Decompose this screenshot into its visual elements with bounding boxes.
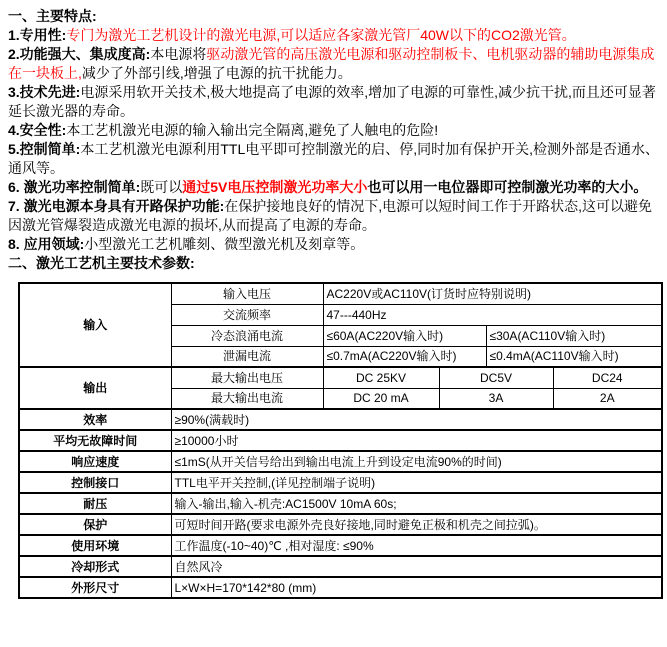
feature-7-label: 7. 激光电源本身具有开路保护功能: xyxy=(8,198,224,214)
param-header-cell: 效率 xyxy=(19,409,171,430)
param-cell: 交流频率 xyxy=(171,304,323,325)
feature-item-6: 6. 激光功率控制简单:既可以通过5V电压控制激光功率大小也可以用一电位器即可控… xyxy=(8,178,661,197)
value-cell: ≤30A(AC110V输入时) xyxy=(486,325,662,346)
table-row-dimensions: 外形尺寸 L×W×H=170*142*80 (mm) xyxy=(19,577,662,598)
feature-5-text: 本工艺机激光电源利用TTL电平即可控制激光的启、停,同时加有保护开关,检测外部是… xyxy=(8,141,659,176)
value-cell: ≤60A(AC220V输入时) xyxy=(323,325,486,346)
feature-4-label: 4.安全性: xyxy=(8,122,66,138)
param-cell: 最大输出电流 xyxy=(171,388,323,409)
table-row-operating-environment: 使用环境 工作温度(-10~40)℃ ,相对湿度: ≤90% xyxy=(19,535,662,556)
param-header-cell: 平均无故障时间 xyxy=(19,430,171,451)
value-cell: 工作温度(-10~40)℃ ,相对湿度: ≤90% xyxy=(171,535,662,556)
feature-4-text: 本工艺机激光电源的输入输出完全隔离,避免了人触电的危险! xyxy=(66,122,438,138)
param-header-cell: 外形尺寸 xyxy=(19,577,171,598)
value-cell: DC24 xyxy=(553,367,662,388)
value-cell: DC 20 mA xyxy=(323,388,439,409)
feature-3-label: 3.技术先进: xyxy=(8,84,80,100)
table-row-protection: 保护 可短时间开路(要求电源外壳良好接地,同时避免正极和机壳之间拉弧)。 xyxy=(19,514,662,535)
table-row-response-speed: 响应速度 ≤1mS(从开关信号给出到输出电流上升到设定电流90%的时间) xyxy=(19,451,662,472)
feature-item-2: 2.功能强大、集成度高:本电源将驱动激光管的高压激光电源和驱动控制板卡、电机驱动… xyxy=(8,45,661,83)
feature-3-text: 电源采用软开关技术,极大地提高了电源的效率,增加了电源的可靠性,减少抗干扰,而且… xyxy=(8,84,656,119)
value-cell: L×W×H=170*142*80 (mm) xyxy=(171,577,662,598)
feature-5-label: 5.控制简单: xyxy=(8,141,80,157)
value-cell: TTL电平开关控制,(详见控制端子说明) xyxy=(171,472,662,493)
value-cell: 47---440Hz xyxy=(323,304,662,325)
spec-document: 一、主要特点: 1.专用性:专门为激光工艺机设计的激光电源,可以适应各家激光管厂… xyxy=(0,0,667,599)
param-header-cell: 使用环境 xyxy=(19,535,171,556)
param-cell: 冷态浪涌电流 xyxy=(171,325,323,346)
feature-6-highlight: 通过5V电压控制激光功率大小 xyxy=(182,179,367,195)
specs-table: 输入 输入电压 AC220V或AC110V(订货时应特别说明) 交流频率 47-… xyxy=(18,282,663,599)
param-header-cell: 冷却形式 xyxy=(19,556,171,577)
param-cell: 输入电压 xyxy=(171,283,323,304)
param-cell: 最大输出电压 xyxy=(171,367,323,388)
param-header-cell: 响应速度 xyxy=(19,451,171,472)
feature-item-1: 1.专用性:专门为激光工艺机设计的激光电源,可以适应各家激光管厂40W以下的CO… xyxy=(8,26,661,45)
value-cell: ≥90%(满载时) xyxy=(171,409,662,430)
feature-6-label: 6. 激光功率控制简单: xyxy=(8,179,140,195)
table-row-max-output-voltage: 输出 最大输出电压 DC 25KV DC5V DC24 xyxy=(19,367,662,388)
feature-item-4: 4.安全性:本工艺机激光电源的输入输出完全隔离,避免了人触电的危险! xyxy=(8,121,661,140)
group-header-output: 输出 xyxy=(19,367,171,409)
value-cell: 输入-输出,输入-机壳:AC1500V 10mA 60s; xyxy=(171,493,662,514)
feature-2-text: 本电源将 xyxy=(150,46,206,62)
table-row-withstand-voltage: 耐压 输入-输出,输入-机壳:AC1500V 10mA 60s; xyxy=(19,493,662,514)
value-cell: 3A xyxy=(439,388,553,409)
table-row-efficiency: 效率 ≥90%(满载时) xyxy=(19,409,662,430)
value-cell: 自然风冷 xyxy=(171,556,662,577)
table-row-input-voltage: 输入 输入电压 AC220V或AC110V(订货时应特别说明) xyxy=(19,283,662,304)
feature-8-label: 8. 应用领域: xyxy=(8,236,84,252)
value-cell: DC5V xyxy=(439,367,553,388)
table-row-mtbf: 平均无故障时间 ≥10000小时 xyxy=(19,430,662,451)
param-cell: 泄漏电流 xyxy=(171,346,323,367)
value-cell: 2A xyxy=(553,388,662,409)
param-header-cell: 耐压 xyxy=(19,493,171,514)
value-cell: ≤0.7mA(AC220V输入时) xyxy=(323,346,486,367)
table-row-cooling-method: 冷却形式 自然风冷 xyxy=(19,556,662,577)
feature-6-text-end: 也可以用一电位器即可控制激光功率的大小。 xyxy=(367,179,647,195)
feature-1-label: 1.专用性: xyxy=(8,27,66,43)
feature-8-text: 小型激光工艺机雕刻、微型激光机及刻章等。 xyxy=(84,236,364,252)
feature-item-7: 7. 激光电源本身具有开路保护功能:在保护接地良好的情况下,电源可以短时间工作于… xyxy=(8,197,661,235)
value-cell: 可短时间开路(要求电源外壳良好接地,同时避免正极和机壳之间拉弧)。 xyxy=(171,514,662,535)
value-cell: ≤1mS(从开关信号给出到输出电流上升到设定电流90%的时间) xyxy=(171,451,662,472)
features-section-title: 一、主要特点: xyxy=(8,7,661,26)
feature-2-text-end: 减少了外部引线,增强了电源的抗干扰能力。 xyxy=(82,65,352,81)
params-section-title: 二、激光工艺机主要技术参数: xyxy=(8,254,661,273)
param-header-cell: 控制接口 xyxy=(19,472,171,493)
value-cell: DC 25KV xyxy=(323,367,439,388)
value-cell: ≤0.4mA(AC110V输入时) xyxy=(486,346,662,367)
feature-item-5: 5.控制简单:本工艺机激光电源利用TTL电平即可控制激光的启、停,同时加有保护开… xyxy=(8,140,661,178)
feature-1-highlight: 专门为激光工艺机设计的激光电源,可以适应各家激光管厂40W以下的CO2激光管。 xyxy=(66,27,575,43)
param-header-cell: 保护 xyxy=(19,514,171,535)
table-row-control-interface: 控制接口 TTL电平开关控制,(详见控制端子说明) xyxy=(19,472,662,493)
feature-6-text: 既可以 xyxy=(140,179,182,195)
value-cell: AC220V或AC110V(订货时应特别说明) xyxy=(323,283,662,304)
feature-item-3: 3.技术先进:电源采用软开关技术,极大地提高了电源的效率,增加了电源的可靠性,减… xyxy=(8,83,661,121)
value-cell: ≥10000小时 xyxy=(171,430,662,451)
feature-2-label: 2.功能强大、集成度高: xyxy=(8,46,150,62)
group-header-input: 输入 xyxy=(19,283,171,367)
feature-item-8: 8. 应用领域:小型激光工艺机雕刻、微型激光机及刻章等。 xyxy=(8,235,661,254)
